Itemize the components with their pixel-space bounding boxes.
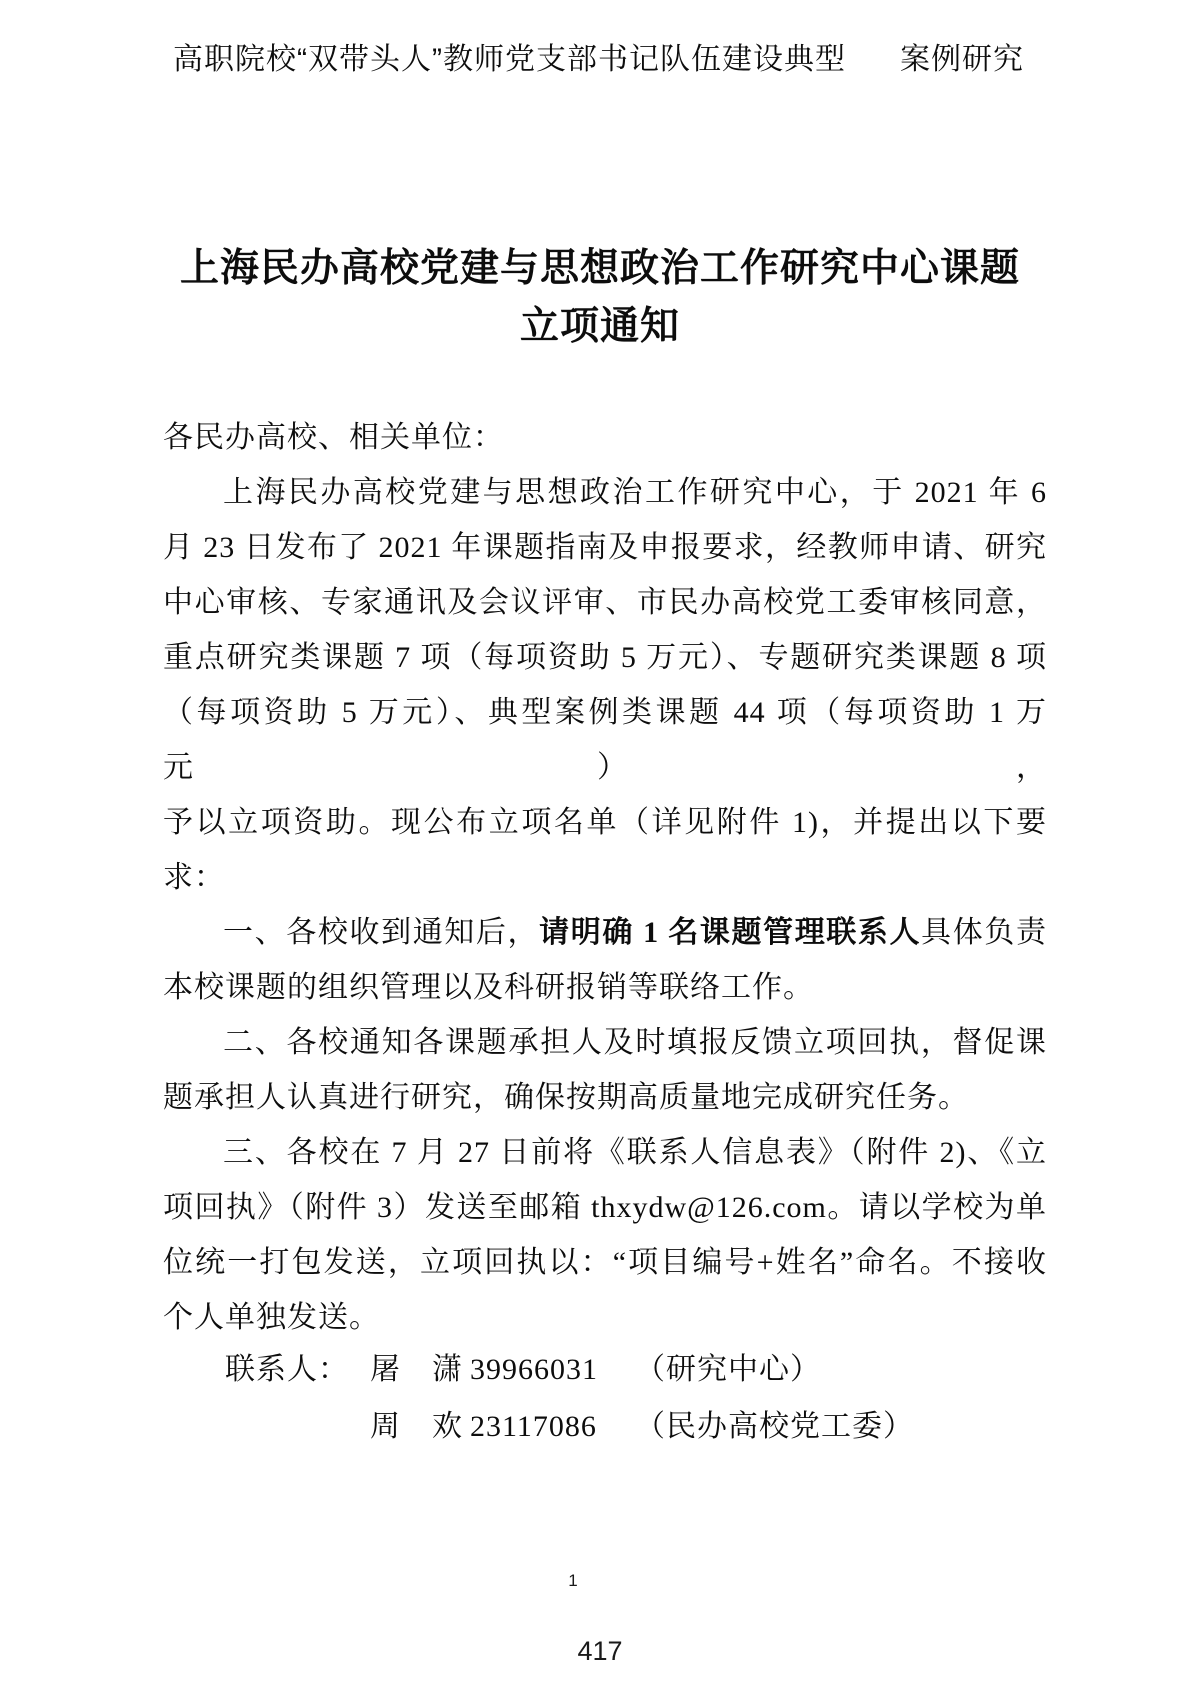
contact-label-spacer — [225, 1398, 370, 1455]
doc-page-number: 1 — [0, 1572, 1146, 1589]
body-line: 中心审核、专家通讯及会议评审、市民办高校党工委审核同意， — [163, 575, 1047, 630]
book-page-number: 417 — [0, 1638, 1200, 1665]
contact-phone: 39966031 — [470, 1341, 635, 1398]
salutation-line: 各民办高校、相关单位： — [163, 410, 1047, 465]
body-line: 求： — [163, 850, 1047, 905]
body-line: （每项资助 5 万元）、典型案例类课题 44 项（每项资助 1 万元）， — [163, 685, 1047, 795]
document-title: 上海民办高校党建与思想政治工作研究中心课题 立项通知 — [0, 240, 1200, 356]
contact-org: （民办高校党工委） — [635, 1398, 914, 1455]
body-line: 位统一打包发送，立项回执以：“项目编号+姓名”命名。不接收 — [163, 1235, 1047, 1290]
contact-row: 联系人： 屠 潇 39966031 （研究中心） — [225, 1341, 914, 1398]
contact-name: 周 欢 — [370, 1398, 470, 1455]
body-line: 予以立项资助。现公布立项名单（详见附件 1)，并提出以下要 — [163, 795, 1047, 850]
body-line: 项回执》（附件 3）发送至邮箱 thxydw@126.com。请以学校为单 — [163, 1180, 1047, 1235]
contact-row: 周 欢 23117086 （民办高校党工委） — [225, 1398, 914, 1455]
contact-org: （研究中心） — [635, 1341, 821, 1398]
body-line-segment: 具体负责 — [921, 916, 1047, 949]
body-line: 本校课题的组织管理以及科研报销等联络工作。 — [163, 960, 1047, 1015]
body-line-bold-segment: 请明确 1 名课题管理联系人 — [539, 916, 921, 949]
contact-label: 联系人： — [225, 1341, 370, 1398]
body-line: 个人单独发送。 — [163, 1290, 1047, 1345]
body-line: 一、各校收到通知后，请明确 1 名课题管理联系人具体负责 — [163, 905, 1047, 960]
body-line: 三、各校在 7 月 27 日前将《联系人信息表》（附件 2)、《立 — [163, 1125, 1047, 1180]
title-line-1: 上海民办高校党建与思想政治工作研究中心课题 — [0, 240, 1200, 298]
document-body: 各民办高校、相关单位： 上海民办高校党建与思想政治工作研究中心，于 2021 年… — [163, 410, 1047, 1345]
running-header: 高职院校“双带头人”教师党支部书记队伍建设典型 案例研究 — [173, 45, 1100, 75]
contact-block: 联系人： 屠 潇 39966031 （研究中心） 周 欢 23117086 （民… — [225, 1341, 914, 1455]
body-line-segment: 一、各校收到通知后， — [223, 916, 539, 949]
body-line: 上海民办高校党建与思想政治工作研究中心，于 2021 年 6 — [163, 465, 1047, 520]
body-line: 重点研究类课题 7 项（每项资助 5 万元）、专题研究类课题 8 项 — [163, 630, 1047, 685]
contact-phone: 23117086 — [470, 1398, 635, 1455]
document-page: 高职院校“双带头人”教师党支部书记队伍建设典型 案例研究 上海民办高校党建与思想… — [0, 0, 1200, 1683]
body-line: 题承担人认真进行研究，确保按期高质量地完成研究任务。 — [163, 1070, 1047, 1125]
running-header-right: 案例研究 — [900, 45, 1024, 75]
body-line: 月 23 日发布了 2021 年课题指南及申报要求，经教师申请、研究 — [163, 520, 1047, 575]
running-header-left: 高职院校“双带头人”教师党支部书记队伍建设典型 — [173, 45, 846, 75]
contact-name: 屠 潇 — [370, 1341, 470, 1398]
body-line: 二、各校通知各课题承担人及时填报反馈立项回执，督促课 — [163, 1015, 1047, 1070]
title-line-2: 立项通知 — [0, 298, 1200, 356]
